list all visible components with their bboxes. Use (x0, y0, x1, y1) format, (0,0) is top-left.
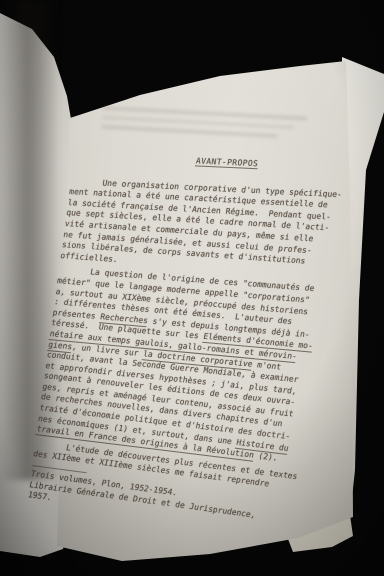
page-heading-text: AVANT-PROPOS (195, 156, 259, 169)
paragraph: La question de l'origine de ces "communa… (44, 265, 348, 435)
text-segment: (2). (253, 451, 279, 463)
paragraph: Une organisation corporative d'un type s… (63, 177, 358, 262)
text-block: AVANT-PROPOS Une organisation corporativ… (37, 144, 361, 505)
page-body: Une organisation corporative d'un type s… (37, 177, 357, 501)
photo-of-open-book: AVANT-PROPOS Une organisation corporativ… (0, 0, 384, 576)
text-segment: 1957. (27, 490, 53, 502)
page-heading: AVANT-PROPOS (166, 144, 360, 163)
showthrough-line (102, 126, 278, 138)
page-showthrough (101, 106, 317, 146)
